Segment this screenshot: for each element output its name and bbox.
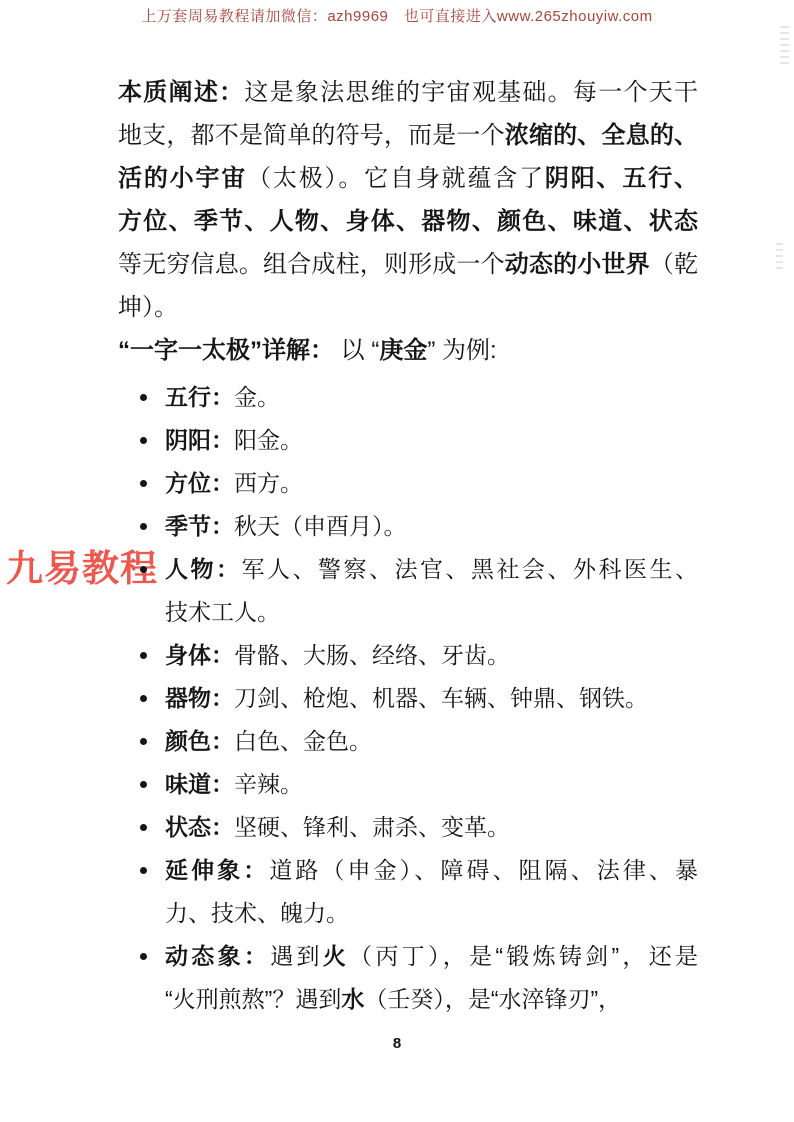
body-text: 坤）。 [118, 294, 178, 321]
paragraph-line: 方位、季节、人物、身体、器物、颜色、味道、状态 [118, 200, 698, 243]
body-text: 军人、警察、法官、黑社会、外科医生、 [242, 556, 699, 582]
body-text: 秋天（申酉月）。 [234, 513, 407, 539]
bullet-icon [140, 824, 147, 831]
list-item: 阴阳：阳金。 [165, 419, 698, 462]
section-subheading: “一字一太极”详解： 以 “庚金” 为例: [118, 329, 698, 372]
bullet-icon [140, 566, 147, 573]
bullet-icon [140, 437, 147, 444]
list-item-line: 力、技术、魄力。 [165, 892, 698, 935]
list-item: 五行：金。 [165, 376, 698, 419]
list-item: 颜色：白色、金色。 [165, 720, 698, 763]
body-text: （太极）。它自身就蕴含了 [247, 165, 545, 192]
body-text: （壬癸），是“水淬锋刃”， [364, 986, 621, 1012]
body-text: ” 为例: [427, 337, 496, 364]
list-item-line: 器物：刀剑、枪炮、机器、车辆、钟鼎、钢铁。 [165, 677, 698, 720]
body-text: 技术工人。 [165, 599, 280, 625]
bullet-icon [140, 652, 147, 659]
bold-text: 活的小宇宙 [118, 165, 247, 192]
list-item-line: 延伸象：道路（申金）、障碍、阻隔、法律、暴 [165, 849, 698, 892]
list-item: 身体：骨骼、大肠、经络、牙齿。 [165, 634, 698, 677]
body-text: 西方。 [234, 470, 303, 496]
page-number: 8 [0, 1035, 794, 1052]
list-item: 季节：秋天（申酉月）。 [165, 505, 698, 548]
list-item-line: 颜色：白色、金色。 [165, 720, 698, 763]
list-item-label: 延伸象： [165, 857, 269, 883]
list-item-line: 动态象：遇到火（丙丁），是“锻炼铸剑”，还是 [165, 935, 698, 978]
paragraph-line: 地支，都不是简单的符号，而是一个浓缩的、全息的、 [118, 114, 698, 157]
list-item: 人物：军人、警察、法官、黑社会、外科医生、技术工人。 [165, 548, 698, 634]
body-text: 阳金。 [234, 427, 303, 453]
bold-text: 水 [341, 986, 364, 1012]
list-item-line: 身体：骨骼、大肠、经络、牙齿。 [165, 634, 698, 677]
list-item-line: 技术工人。 [165, 591, 698, 634]
list-item-line: 味道：辛辣。 [165, 763, 698, 806]
paragraph-line: 本质阐述：这是象法思维的宇宙观基础。每一个天干 [118, 71, 698, 114]
paragraph-line: 坤）。 [118, 286, 698, 329]
body-text: （乾 [650, 251, 698, 278]
list-item-label: 阴阳： [165, 427, 234, 453]
body-text: 刀剑、枪炮、机器、车辆、钟鼎、钢铁。 [234, 685, 648, 711]
paragraph-line: 等无穷信息。组合成柱，则形成一个动态的小世界（乾 [118, 243, 698, 286]
list-item-label: 颜色： [165, 728, 234, 754]
body-text: 力、技术、魄力。 [165, 900, 349, 926]
list-item-label: 身体： [165, 642, 234, 668]
promo-banner: 上万套周易教程请加微信：azh9969 也可直接进入www.265zhouyiw… [0, 5, 794, 26]
bold-text: 方位、季节、人物、身体、器物、颜色、味道、状态 [118, 208, 698, 235]
bold-text: 动态的小世界 [505, 251, 650, 278]
list-item: 动态象：遇到火（丙丁），是“锻炼铸剑”，还是“火刑煎熬”？遇到水（壬癸），是“水… [165, 935, 698, 1021]
list-item-line: 方位：西方。 [165, 462, 698, 505]
bullet-icon [140, 781, 147, 788]
intro-paragraph: 本质阐述：这是象法思维的宇宙观基础。每一个天干地支，都不是简单的符号，而是一个浓… [118, 71, 698, 329]
list-item: 方位：西方。 [165, 462, 698, 505]
list-item: 器物：刀剑、枪炮、机器、车辆、钟鼎、钢铁。 [165, 677, 698, 720]
bold-text: 火 [323, 943, 349, 969]
body-text: 坚硬、锋利、肃杀、变革。 [234, 814, 510, 840]
body-text: 骨骼、大肠、经络、牙齿。 [234, 642, 510, 668]
body-text: （丙丁），是“锻炼铸剑”，还是 [349, 943, 698, 969]
list-item-label: 器物： [165, 685, 234, 711]
body-text: 遇到 [270, 943, 323, 969]
bullet-icon [140, 394, 147, 401]
body-text: 地支，都不是简单的符号，而是一个 [118, 122, 505, 149]
bold-text: 浓缩的、全息的、 [505, 122, 698, 149]
list-item-label: 季节： [165, 513, 234, 539]
body-text: “火刑煎熬”？遇到 [165, 986, 341, 1012]
list-item: 状态：坚硬、锋利、肃杀、变革。 [165, 806, 698, 849]
body-text: 等无穷信息。组合成柱，则形成一个 [118, 251, 505, 278]
bullet-icon [140, 695, 147, 702]
bold-text: “一字一太极”详解： [118, 337, 334, 364]
list-item-label: 状态： [165, 814, 234, 840]
body-text: 辛辣。 [234, 771, 303, 797]
bullet-icon [140, 867, 147, 874]
bullet-icon [140, 523, 147, 530]
list-item: 味道：辛辣。 [165, 763, 698, 806]
body-text: 这是象法思维的宇宙观基础。每一个天干 [244, 79, 698, 106]
attribute-list: 五行：金。阴阳：阳金。方位：西方。季节：秋天（申酉月）。人物：军人、警察、法官、… [165, 376, 698, 1021]
promo-banner-text: 上万套周易教程请加微信：azh9969 也可直接进入www.265zhouyiw… [141, 8, 652, 25]
list-item-label: 人物： [165, 556, 242, 582]
list-item-line: 阴阳：阳金。 [165, 419, 698, 462]
paragraph-line: 活的小宇宙（太极）。它自身就蕴含了阴阳、五行、 [118, 157, 698, 200]
list-item-line: 五行：金。 [165, 376, 698, 419]
bold-text: 本质阐述： [118, 79, 244, 106]
bold-text: 阴阳、五行、 [545, 165, 698, 192]
scan-artifact-icon [780, 26, 789, 68]
bold-text: 庚金 [379, 337, 427, 364]
list-item-line: 人物：军人、警察、法官、黑社会、外科医生、 [165, 548, 698, 591]
list-item-label: 动态象： [165, 943, 270, 969]
body-text: 金。 [234, 384, 280, 410]
list-item-line: 状态：坚硬、锋利、肃杀、变革。 [165, 806, 698, 849]
body-text: 以 “ [334, 337, 379, 364]
bullet-icon [140, 738, 147, 745]
list-item-label: 五行： [165, 384, 234, 410]
list-item-line: “火刑煎熬”？遇到水（壬癸），是“水淬锋刃”， [165, 978, 698, 1021]
list-item: 延伸象：道路（申金）、障碍、阻隔、法律、暴力、技术、魄力。 [165, 849, 698, 935]
body-text: 道路（申金）、障碍、阻隔、法律、暴 [269, 857, 698, 883]
bullet-icon [140, 480, 147, 487]
scan-artifact-icon [776, 243, 783, 269]
page-content: 本质阐述：这是象法思维的宇宙观基础。每一个天干地支，都不是简单的符号，而是一个浓… [118, 71, 698, 1021]
list-item-line: 季节：秋天（申酉月）。 [165, 505, 698, 548]
body-text: 白色、金色。 [234, 728, 372, 754]
list-item-label: 味道： [165, 771, 234, 797]
bullet-icon [140, 953, 147, 960]
list-item-label: 方位： [165, 470, 234, 496]
